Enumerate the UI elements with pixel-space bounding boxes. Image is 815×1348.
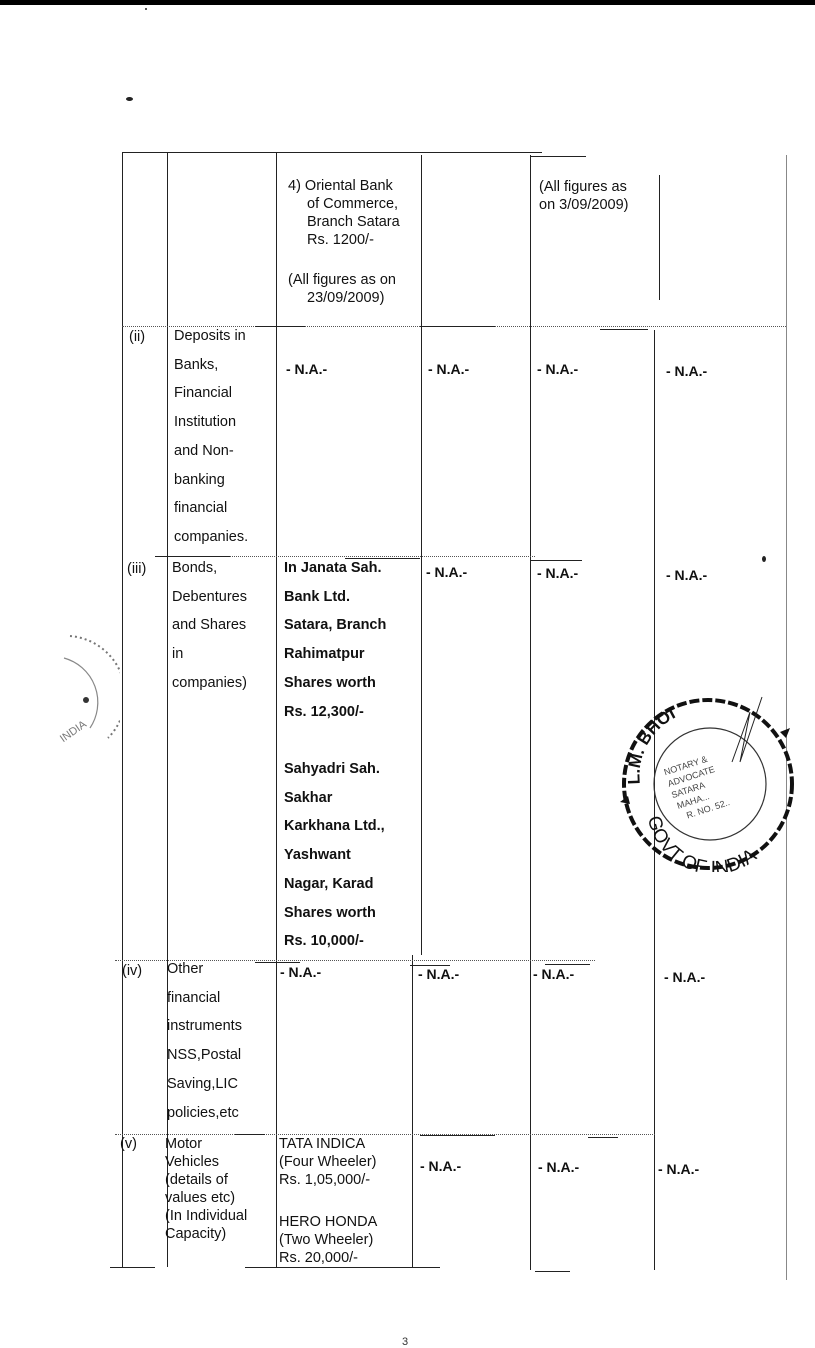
row-number: (iii): [127, 560, 146, 578]
notary-stamp: L.M. BHOI GOVT OF INDIA NOTARY & ADVOCAT…: [612, 692, 800, 872]
col-divider-3b: [412, 955, 413, 1268]
row-col4: - N.A.-: [426, 563, 467, 581]
row-details-2: HERO HONDA (Two Wheeler) Rs. 20,000/-: [279, 1213, 377, 1267]
row-separator-seg: [420, 326, 495, 327]
table-bottom-border: [535, 1271, 570, 1272]
cont-col5-note: (All figures as on 3/09/2009): [539, 178, 629, 214]
col-divider-4: [530, 155, 531, 1270]
row-top-border-seg: [530, 156, 586, 157]
table-border-left: [122, 152, 123, 1267]
partial-seal: INDIA: [50, 628, 120, 748]
row-details: - N.A.-: [280, 963, 321, 981]
row-item: Bonds, Debentures and Shares in companie…: [172, 554, 247, 698]
page-number: 3: [402, 1336, 408, 1348]
table-bottom-border: [245, 1267, 440, 1268]
svg-text:INDIA: INDIA: [58, 718, 89, 745]
row-col5: - N.A.-: [538, 1158, 579, 1176]
partial-seal-icon: INDIA: [50, 628, 120, 748]
col-divider-5a: [659, 175, 660, 300]
row-col4: - N.A.-: [420, 1157, 461, 1175]
row-details: In Janata Sah. Bank Ltd. Satara, Branch …: [284, 554, 386, 726]
row-item: Other financial instruments NSS,Postal S…: [167, 955, 242, 1127]
row-details: - N.A.-: [286, 360, 327, 378]
row-separator-seg: [530, 560, 582, 561]
row-col4: - N.A.-: [418, 965, 459, 983]
row-col6: - N.A.-: [666, 362, 707, 380]
cont-details: 4) Oriental Bank of Commerce, Branch Sat…: [288, 177, 400, 249]
svg-text:GOVT OF INDIA: GOVT OF INDIA: [643, 814, 761, 872]
row-col5: - N.A.-: [533, 965, 574, 983]
assets-table: 4) Oriental Bank of Commerce, Branch Sat…: [0, 0, 815, 1348]
row-number: (v): [120, 1135, 137, 1153]
row-details-2: Sahyadri Sah. Sakhar Karkhana Ltd., Yash…: [284, 755, 385, 956]
row-col6: - N.A.-: [666, 566, 707, 584]
col-divider-3: [421, 155, 422, 955]
row-col4: - N.A.-: [428, 360, 469, 378]
row-col6: - N.A.-: [664, 968, 705, 986]
row-separator-seg: [420, 1135, 495, 1136]
row-item: Motor Vehicles (details of values etc) (…: [165, 1135, 247, 1243]
row-col5: - N.A.-: [537, 564, 578, 582]
notary-seal-icon: L.M. BHOI GOVT OF INDIA NOTARY & ADVOCAT…: [612, 692, 800, 872]
row-number: (iv): [122, 962, 142, 980]
row-col6: - N.A.-: [658, 1160, 699, 1178]
row-details: TATA INDICA (Four Wheeler) Rs. 1,05,000/…: [279, 1135, 377, 1189]
row-number: (ii): [129, 328, 145, 346]
row-item: Deposits in Banks, Financial Institution…: [174, 322, 248, 552]
col-divider-2: [276, 152, 277, 1267]
row-top-border: [122, 152, 542, 153]
row-separator-seg: [255, 326, 305, 327]
row-col5: - N.A.-: [537, 360, 578, 378]
cont-details-note: (All figures as on 23/09/2009): [288, 271, 396, 307]
table-bottom-border: [110, 1267, 155, 1268]
row-separator-seg: [600, 329, 648, 330]
row-separator-seg: [588, 1137, 618, 1138]
